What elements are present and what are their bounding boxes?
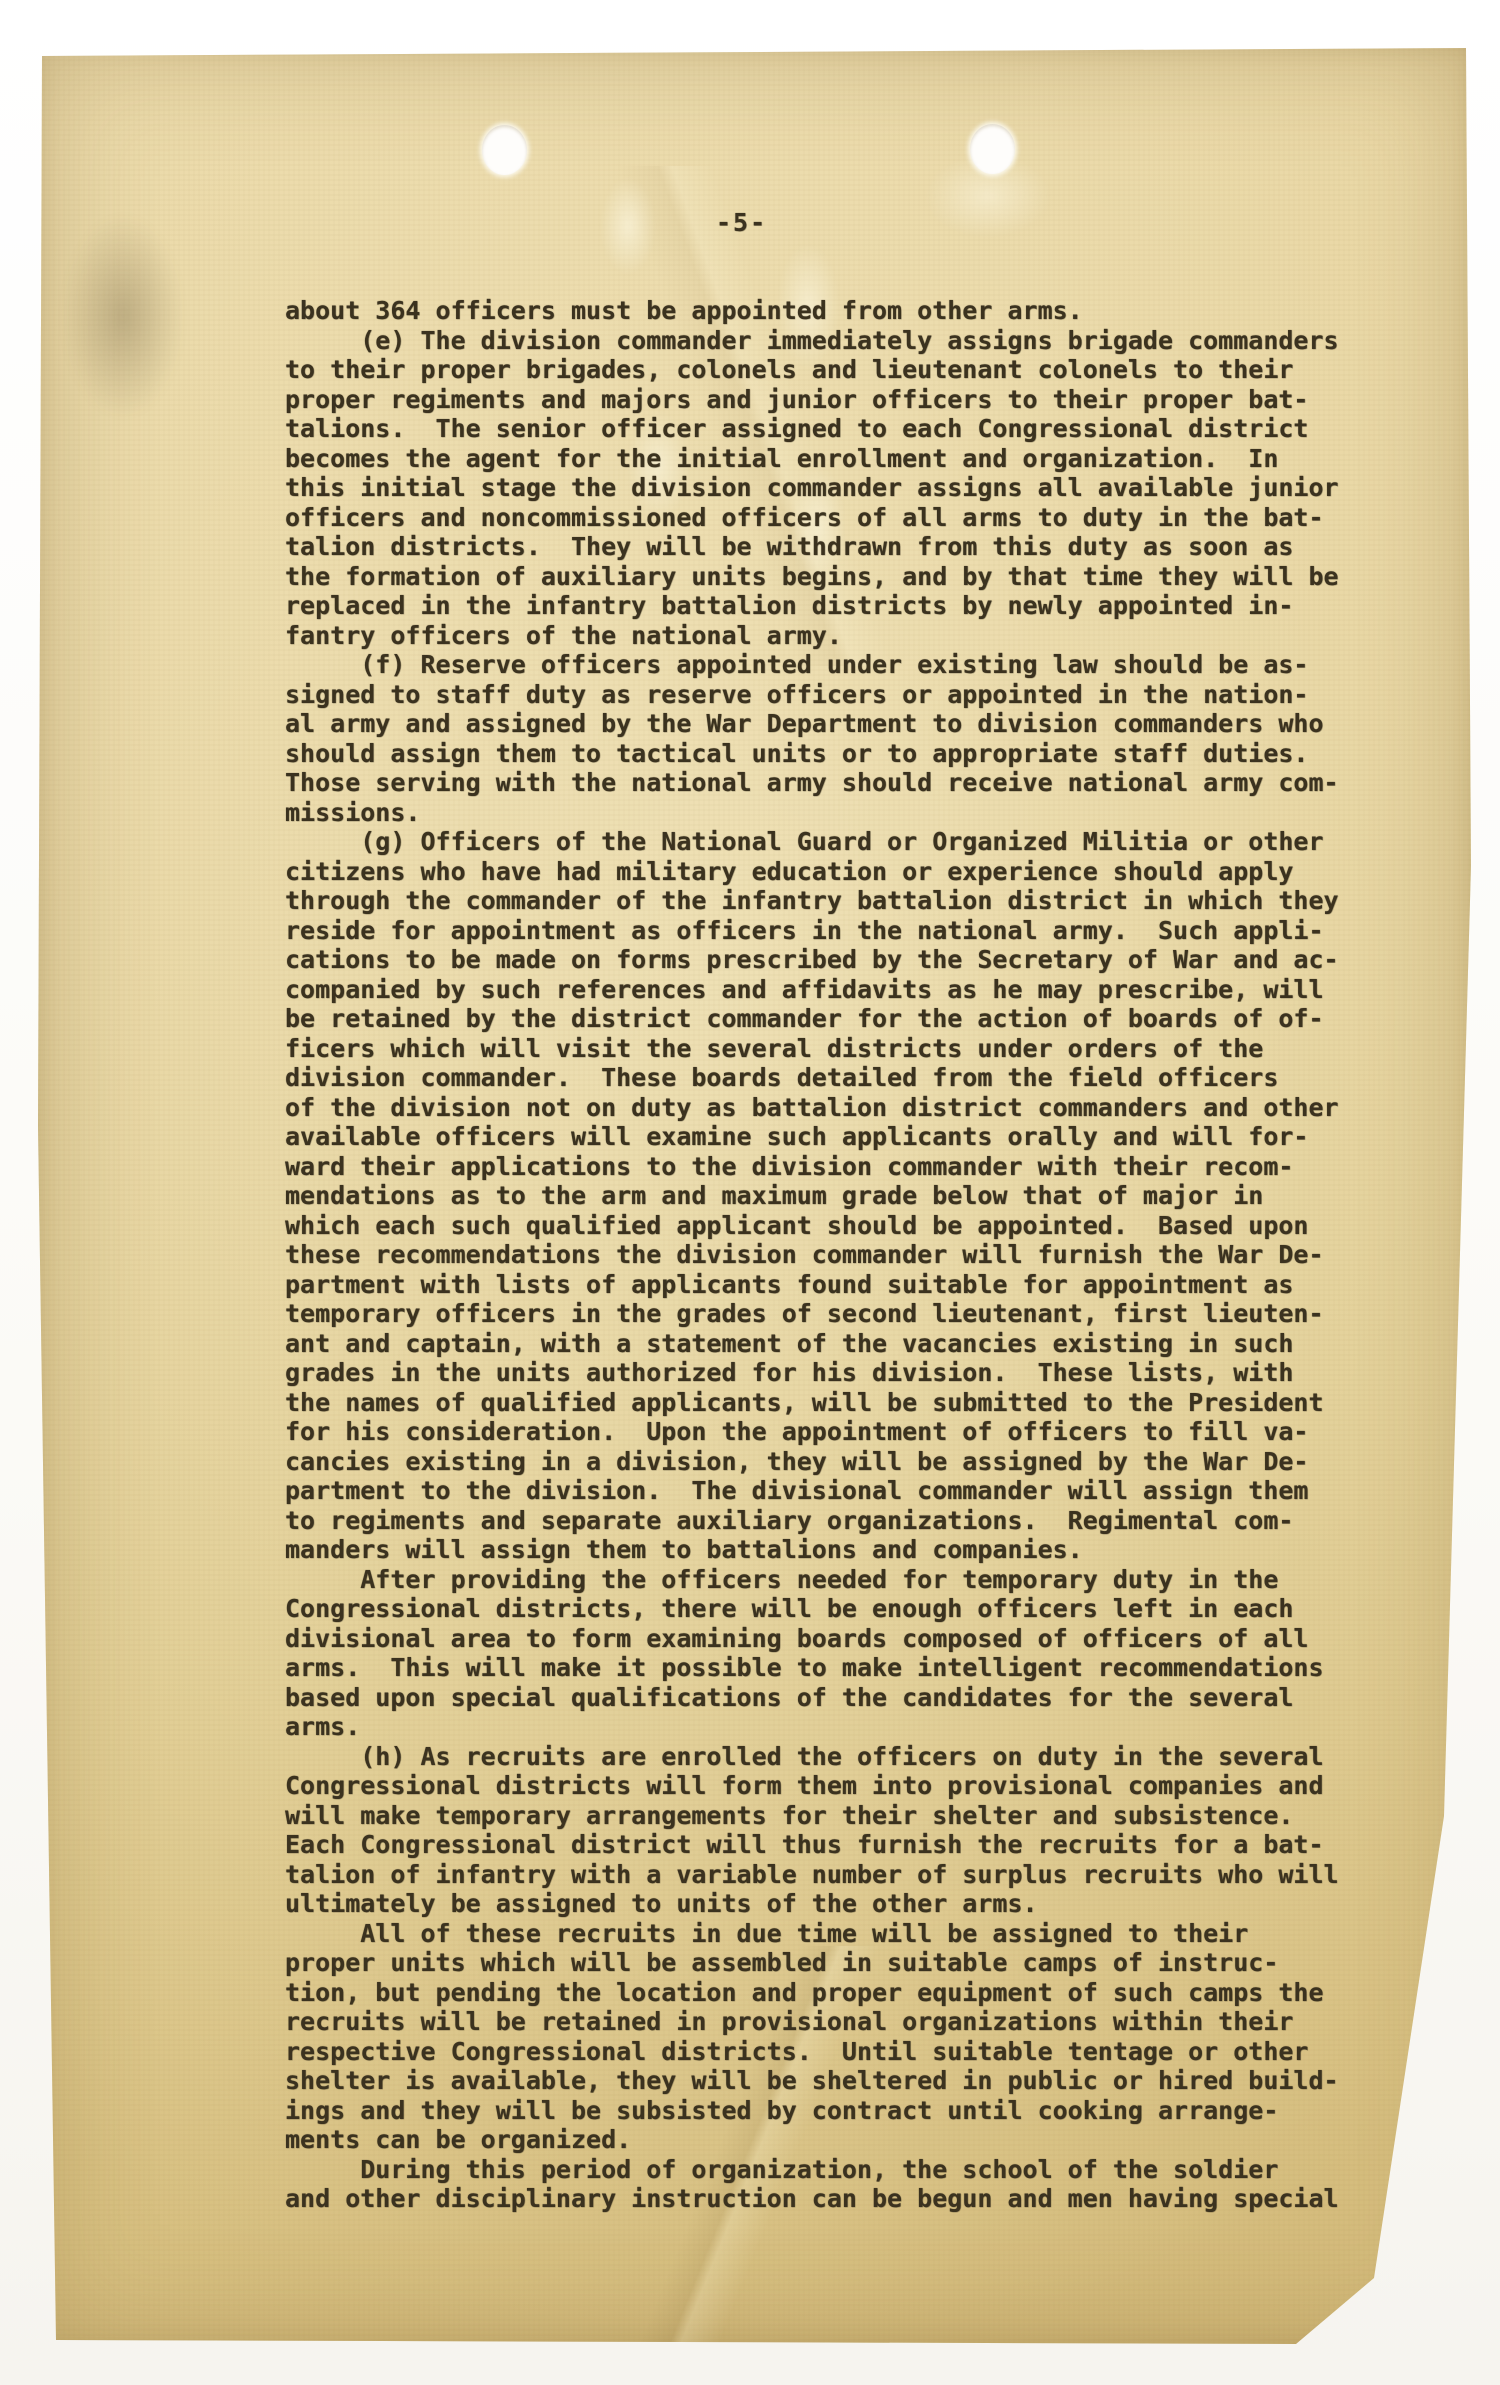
typed-line: arms. This will make it possible to make… [285, 1653, 1425, 1683]
typed-line: citizens who have had military education… [285, 857, 1425, 887]
typed-line: temporary officers in the grades of seco… [285, 1299, 1425, 1329]
typed-line: After providing the officers needed for … [285, 1565, 1425, 1595]
typed-line: which each such qualified applicant shou… [285, 1211, 1425, 1241]
typed-line: (g) Officers of the National Guard or Or… [285, 827, 1425, 857]
typed-line: officers and noncommissioned officers of… [285, 503, 1425, 533]
typed-line: these recommendations the division comma… [285, 1240, 1425, 1270]
typed-line: becomes the agent for the initial enroll… [285, 444, 1425, 474]
typed-line: proper units which will be assembled in … [285, 1948, 1425, 1978]
typed-line: to regiments and separate auxiliary orga… [285, 1506, 1425, 1536]
typed-line: During this period of organization, the … [285, 2155, 1425, 2185]
typed-line: talion of infantry with a variable numbe… [285, 1860, 1425, 1890]
typed-line: division commander. These boards detaile… [285, 1063, 1425, 1093]
typed-line: ficers which will visit the several dist… [285, 1034, 1425, 1064]
typed-line: cancies existing in a division, they wil… [285, 1447, 1425, 1477]
typed-line: shelter is available, they will be shelt… [285, 2066, 1425, 2096]
typed-line: replaced in the infantry battalion distr… [285, 591, 1425, 621]
typed-line: should assign them to tactical units or … [285, 739, 1425, 769]
scan-background: -5- about 364 officers must be appointed… [0, 0, 1500, 2385]
typed-line: partment with lists of applicants found … [285, 1270, 1425, 1300]
punch-hole-left-icon [482, 125, 527, 175]
typed-line: manders will assign them to battalions a… [285, 1535, 1425, 1565]
typed-line: (e) The division commander immediately a… [285, 326, 1425, 356]
typed-line: about 364 officers must be appointed fro… [285, 296, 1425, 326]
typed-line: based upon special qualifications of the… [285, 1683, 1425, 1713]
typed-line: to their proper brigades, colonels and l… [285, 355, 1425, 385]
typed-line: companied by such references and affidav… [285, 975, 1425, 1005]
typed-line: All of these recruits in due time will b… [285, 1919, 1425, 1949]
typed-line: this initial stage the division commande… [285, 473, 1425, 503]
typed-line: Congressional districts will form them i… [285, 1771, 1425, 1801]
typed-text-block: about 364 officers must be appointed fro… [285, 296, 1425, 2214]
typed-line: proper regiments and majors and junior o… [285, 385, 1425, 415]
typed-line: fantry officers of the national army. [285, 621, 1425, 651]
typed-line: the names of qualified applicants, will … [285, 1388, 1425, 1418]
typed-line: will make temporary arrangements for the… [285, 1801, 1425, 1831]
typed-line: and other disciplinary instruction can b… [285, 2184, 1425, 2214]
typed-line: arms. [285, 1712, 1425, 1742]
typed-line: cations to be made on forms prescribed b… [285, 945, 1425, 975]
page-number: -5- [716, 208, 767, 237]
typed-line: reside for appointment as officers in th… [285, 916, 1425, 946]
typed-line: signed to staff duty as reserve officers… [285, 680, 1425, 710]
typed-line: missions. [285, 798, 1425, 828]
typed-line: ments can be organized. [285, 2125, 1425, 2155]
typed-line: mendations as to the arm and maximum gra… [285, 1181, 1425, 1211]
typed-line: through the commander of the infantry ba… [285, 886, 1425, 916]
typed-line: partment to the division. The divisional… [285, 1476, 1425, 1506]
punch-hole-right-icon [970, 124, 1015, 174]
typed-line: Each Congressional district will thus fu… [285, 1830, 1425, 1860]
typed-line: al army and assigned by the War Departme… [285, 709, 1425, 739]
typed-line: Congressional districts, there will be e… [285, 1594, 1425, 1624]
typed-line: Those serving with the national army sho… [285, 768, 1425, 798]
typed-line: the formation of auxiliary units begins,… [285, 562, 1425, 592]
typed-line: talions. The senior officer assigned to … [285, 414, 1425, 444]
typed-line: ings and they will be subsisted by contr… [285, 2096, 1425, 2126]
typed-line: ward their applications to the division … [285, 1152, 1425, 1182]
typed-line: (f) Reserve officers appointed under exi… [285, 650, 1425, 680]
typed-line: divisional area to form examining boards… [285, 1624, 1425, 1654]
typed-line: ultimately be assigned to units of the o… [285, 1889, 1425, 1919]
document-page: -5- about 364 officers must be appointed… [38, 46, 1472, 2346]
typed-line: ant and captain, with a statement of the… [285, 1329, 1425, 1359]
typed-line: tion, but pending the location and prope… [285, 1978, 1425, 2008]
typed-line: available officers will examine such app… [285, 1122, 1425, 1152]
typed-line: (h) As recruits are enrolled the officer… [285, 1742, 1425, 1772]
typed-line: grades in the units authorized for his d… [285, 1358, 1425, 1388]
typed-line: for his consideration. Upon the appointm… [285, 1417, 1425, 1447]
typed-line: respective Congressional districts. Unti… [285, 2037, 1425, 2067]
typed-line: of the division not on duty as battalion… [285, 1093, 1425, 1123]
typed-line: be retained by the district commander fo… [285, 1004, 1425, 1034]
typed-line: talion districts. They will be withdrawn… [285, 532, 1425, 562]
typed-line: recruits will be retained in provisional… [285, 2007, 1425, 2037]
